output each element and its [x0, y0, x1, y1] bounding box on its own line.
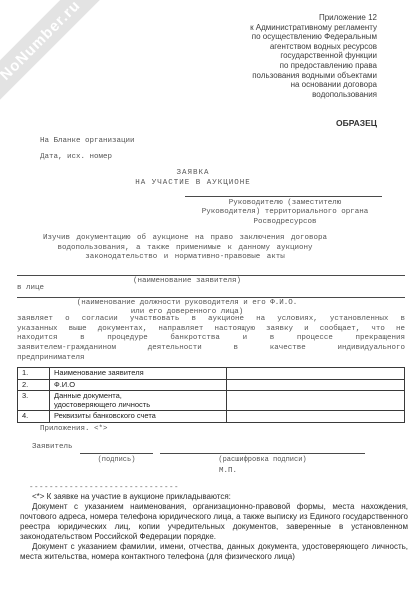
row-number: 3.: [18, 391, 50, 411]
applicant-name-caption: (наименование заявителя): [17, 277, 357, 287]
footnote-heading: <*> К заявке на участие в аукционе прикл…: [20, 492, 408, 502]
row-label: Наименование заявителя: [50, 368, 227, 380]
signature-name-caption: (расшифровка подписи): [160, 456, 365, 466]
row-label: Реквизиты банковского счета: [50, 411, 227, 423]
document-page: NoNumber.ru Приложение 12 к Администрати…: [0, 0, 420, 600]
row-number: 4.: [18, 411, 50, 423]
table-row: 4. Реквизиты банковского счета: [18, 411, 405, 423]
applicant-name-line: [17, 275, 405, 276]
watermark-band: NoNumber.ru: [0, 0, 128, 128]
signature-name-line: [160, 444, 365, 454]
row-value: [227, 379, 405, 391]
applicant-signature-label: Заявитель: [32, 443, 73, 453]
seal-placeholder: М.П.: [40, 467, 416, 477]
row-label: Ф.И.О: [50, 379, 227, 391]
footnote-legal-entity-paragraph: Документ с указанием наименования, орган…: [20, 502, 408, 542]
sample-label: ОБРАЗЕЦ: [336, 118, 377, 128]
row-number: 1.: [18, 368, 50, 380]
date-ref-note: Дата, исх. номер: [40, 153, 112, 163]
signature-line: [80, 444, 153, 454]
requisites-table: 1. Наименование заявителя 2. Ф.И.О 3. Да…: [17, 367, 405, 423]
footnote-individual-paragraph: Документ с указанием фамилии, имени, отч…: [20, 542, 408, 562]
letterhead-note: На Бланке организации: [40, 137, 135, 147]
table-row: 1. Наименование заявителя: [18, 368, 405, 380]
appendix-header: Приложение 12 к Административному реглам…: [250, 13, 377, 99]
row-value: [227, 391, 405, 411]
head-name-line: [17, 297, 405, 298]
watermark-text: NoNumber.ru: [0, 0, 83, 83]
row-label: Данные документа, удостоверяющего личнос…: [50, 391, 227, 411]
table-row: 2. Ф.И.О: [18, 379, 405, 391]
addressee-block: Руководителю (заместителю Руководителя) …: [185, 199, 385, 227]
consent-paragraph: заявляет о согласии участвовать в аукцио…: [17, 315, 405, 364]
in-person-label: в лице: [17, 284, 44, 294]
addressee-rule: [185, 196, 382, 197]
footnote-block: <*> К заявке на участие в аукционе прикл…: [20, 492, 408, 562]
table-row: 3. Данные документа, удостоверяющего лич…: [18, 391, 405, 411]
row-value: [227, 368, 405, 380]
row-number: 2.: [18, 379, 50, 391]
document-title: ЗАЯВКА НА УЧАСТИЕ В АУКЦИОНЕ: [17, 168, 369, 188]
signature-caption: (подпись): [80, 456, 153, 466]
intro-paragraph: Изучив документацию об аукционе на право…: [17, 234, 353, 263]
row-value: [227, 411, 405, 423]
attachments-label: Приложения. <*>: [40, 425, 108, 435]
